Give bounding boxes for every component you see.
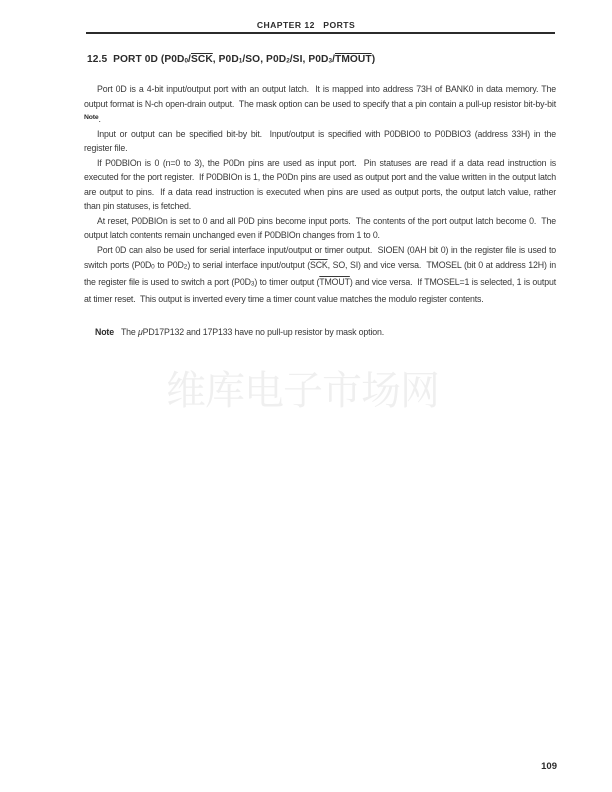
note-text: The μPD17P132 and 17P133 have no pull-up…	[121, 327, 384, 337]
watermark-text: 维库电子市场网	[166, 371, 439, 411]
note-label: Note	[95, 327, 114, 337]
paragraph-io-specification: Input or output can be specified bit-by …	[84, 127, 556, 156]
paragraph-serial-timer-usage: Port 0D can also be used for serial inte…	[84, 243, 556, 306]
page-number: 109	[541, 761, 557, 772]
chapter-header: CHAPTER 12 PORTS	[0, 20, 612, 30]
note: NoteThe μPD17P132 and 17P133 have no pul…	[84, 325, 556, 339]
document-page: CHAPTER 12 PORTS 12.5 PORT 0D (P0D0/SCK,…	[0, 0, 612, 792]
header-rule	[86, 32, 555, 34]
paragraph-reset-behavior: At reset, P0DBIOn is set to 0 and all P0…	[84, 214, 556, 243]
body-text: Port 0D is a 4-bit input/output port wit…	[84, 82, 556, 306]
paragraph-port-overview: Port 0D is a 4-bit input/output port wit…	[84, 82, 556, 127]
section-heading: 12.5 PORT 0D (P0D0/SCK, P0D1/SO, P0D2/SI…	[87, 54, 375, 65]
paragraph-podbion-behavior: If P0DBIOn is 0 (n=0 to 3), the P0Dn pin…	[84, 156, 556, 214]
